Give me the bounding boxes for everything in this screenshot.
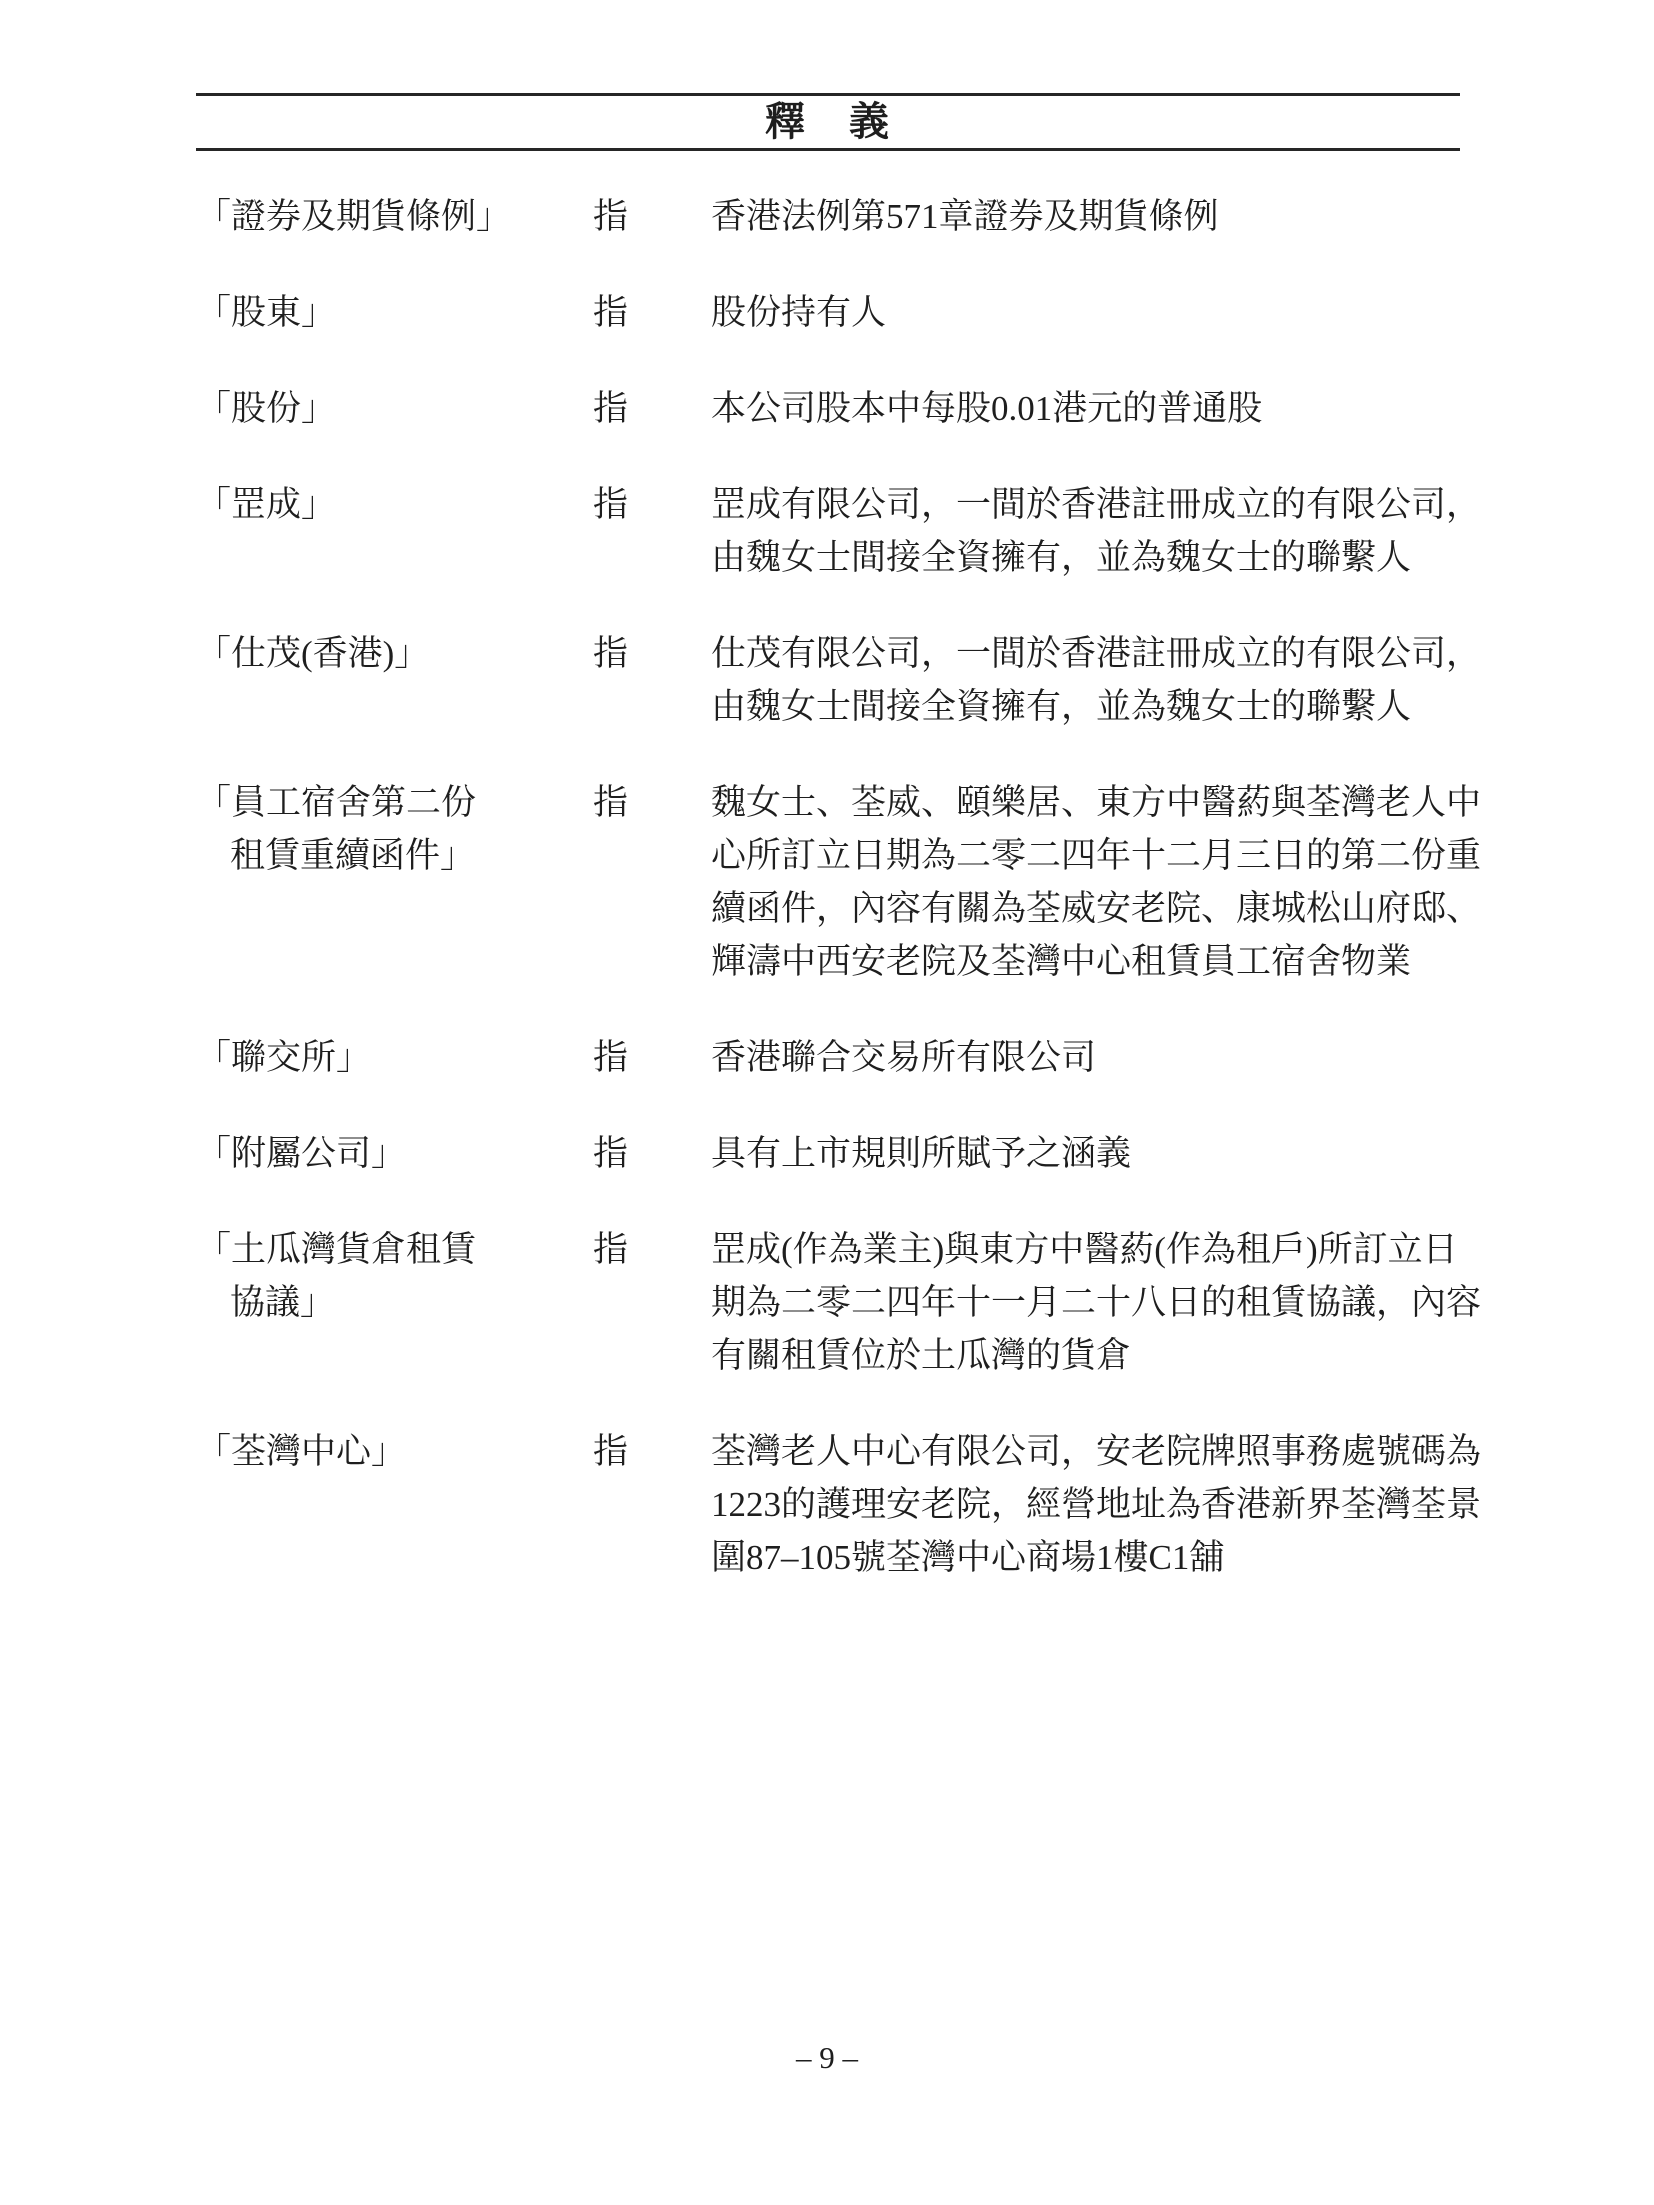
- definition-line: 罡成有限公司，一間於香港註冊成立的有限公司，: [711, 478, 1460, 531]
- definition-line: 有關租賃位於土瓜灣的貨倉: [711, 1329, 1460, 1382]
- definition-pointer: 指: [593, 478, 711, 531]
- definition-line: 香港法例第571章證券及期貨條例: [711, 190, 1460, 243]
- definition-pointer: 指: [593, 1127, 711, 1180]
- definition-entry: 「員工宿舍第二份租賃重續函件」 指 魏女士、荃威、頤樂居、東方中醫葯與荃灣老人中…: [196, 776, 1460, 988]
- definition-line: 由魏女士間接全資擁有，並為魏女士的聯繫人: [711, 680, 1460, 733]
- definition-text: 具有上市規則所賦予之涵義: [711, 1127, 1460, 1180]
- definition-pointer: 指: [593, 627, 711, 680]
- definition-text: 罡成(作為業主)與東方中醫葯(作為租戶)所訂立日期為二零二四年十一月二十八日的租…: [711, 1223, 1460, 1382]
- definition-entry: 「股東」 指 股份持有人: [196, 286, 1460, 339]
- definition-pointer: 指: [593, 1223, 711, 1276]
- definition-term: 「股東」: [196, 286, 593, 339]
- definition-term: 「員工宿舍第二份租賃重續函件」: [196, 776, 593, 882]
- page-title: 釋 義: [765, 102, 891, 142]
- definition-line: 本公司股本中每股0.01港元的普通股: [711, 382, 1460, 435]
- definition-text: 魏女士、荃威、頤樂居、東方中醫葯與荃灣老人中心所訂立日期為二零二四年十二月三日的…: [711, 776, 1460, 988]
- definition-term: 「證券及期貨條例」: [196, 190, 593, 243]
- definition-line: 荃灣老人中心有限公司，安老院牌照事務處號碼為: [711, 1425, 1460, 1478]
- definition-line: 具有上市規則所賦予之涵義: [711, 1127, 1460, 1180]
- definition-text: 香港法例第571章證券及期貨條例: [711, 190, 1460, 243]
- term-line: 「荃灣中心」: [196, 1425, 593, 1478]
- term-line: 「土瓜灣貨倉租賃: [196, 1223, 593, 1276]
- page-number: – 9 –: [796, 2040, 858, 2075]
- definition-line: 罡成(作為業主)與東方中醫葯(作為租戶)所訂立日: [711, 1223, 1460, 1276]
- definitions-list: 「證券及期貨條例」 指 香港法例第571章證券及期貨條例 「股東」 指 股份持有…: [196, 190, 1460, 1627]
- definition-line: 圍87–105號荃灣中心商場1樓C1舖: [711, 1531, 1460, 1584]
- definition-text: 香港聯合交易所有限公司: [711, 1031, 1460, 1084]
- definition-entry: 「荃灣中心」 指 荃灣老人中心有限公司，安老院牌照事務處號碼為1223的護理安老…: [196, 1425, 1460, 1584]
- term-line: 「仕茂(香港)」: [196, 627, 593, 680]
- term-line: 「員工宿舍第二份: [196, 776, 593, 829]
- definition-line: 香港聯合交易所有限公司: [711, 1031, 1460, 1084]
- definition-entry: 「罡成」 指 罡成有限公司，一間於香港註冊成立的有限公司，由魏女士間接全資擁有，…: [196, 478, 1460, 584]
- term-line: 「聯交所」: [196, 1031, 593, 1084]
- definition-entry: 「聯交所」 指 香港聯合交易所有限公司: [196, 1031, 1460, 1084]
- definition-line: 心所訂立日期為二零二四年十二月三日的第二份重: [711, 829, 1460, 882]
- definition-pointer: 指: [593, 1425, 711, 1478]
- definition-text: 荃灣老人中心有限公司，安老院牌照事務處號碼為1223的護理安老院，經營地址為香港…: [711, 1425, 1460, 1584]
- term-line: 協議」: [196, 1276, 593, 1329]
- definition-entry: 「附屬公司」 指 具有上市規則所賦予之涵義: [196, 1127, 1460, 1180]
- definition-line: 期為二零二四年十一月二十八日的租賃協議，內容: [711, 1276, 1460, 1329]
- definition-line: 續函件，內容有關為荃威安老院、康城松山府邸、: [711, 882, 1460, 935]
- term-line: 「罡成」: [196, 478, 593, 531]
- definition-term: 「仕茂(香港)」: [196, 627, 593, 680]
- definition-line: 股份持有人: [711, 286, 1460, 339]
- definition-entry: 「仕茂(香港)」 指 仕茂有限公司，一間於香港註冊成立的有限公司，由魏女士間接全…: [196, 627, 1460, 733]
- definition-pointer: 指: [593, 776, 711, 829]
- definition-line: 輝濤中西安老院及荃灣中心租賃員工宿舍物業: [711, 935, 1460, 988]
- definition-text: 股份持有人: [711, 286, 1460, 339]
- term-line: 「附屬公司」: [196, 1127, 593, 1180]
- definition-entry: 「股份」 指 本公司股本中每股0.01港元的普通股: [196, 382, 1460, 435]
- page-footer: – 9 –: [0, 2038, 1654, 2078]
- term-line: 租賃重續函件」: [196, 829, 593, 882]
- term-line: 「證券及期貨條例」: [196, 190, 593, 243]
- definition-pointer: 指: [593, 1031, 711, 1084]
- definition-pointer: 指: [593, 286, 711, 339]
- definition-text: 罡成有限公司，一間於香港註冊成立的有限公司，由魏女士間接全資擁有，並為魏女士的聯…: [711, 478, 1460, 584]
- definition-term: 「聯交所」: [196, 1031, 593, 1084]
- definition-pointer: 指: [593, 382, 711, 435]
- document-page: 釋 義 「證券及期貨條例」 指 香港法例第571章證券及期貨條例 「股東」 指 …: [0, 0, 1654, 2205]
- definition-text: 仕茂有限公司，一間於香港註冊成立的有限公司，由魏女士間接全資擁有，並為魏女士的聯…: [711, 627, 1460, 733]
- term-line: 「股份」: [196, 382, 593, 435]
- definition-term: 「罡成」: [196, 478, 593, 531]
- page-header: 釋 義: [196, 93, 1460, 151]
- definition-line: 魏女士、荃威、頤樂居、東方中醫葯與荃灣老人中: [711, 776, 1460, 829]
- definition-pointer: 指: [593, 190, 711, 243]
- definition-term: 「附屬公司」: [196, 1127, 593, 1180]
- definition-entry: 「證券及期貨條例」 指 香港法例第571章證券及期貨條例: [196, 190, 1460, 243]
- definition-text: 本公司股本中每股0.01港元的普通股: [711, 382, 1460, 435]
- definition-line: 由魏女士間接全資擁有，並為魏女士的聯繫人: [711, 531, 1460, 584]
- definition-entry: 「土瓜灣貨倉租賃協議」 指 罡成(作為業主)與東方中醫葯(作為租戶)所訂立日期為…: [196, 1223, 1460, 1382]
- definition-term: 「土瓜灣貨倉租賃協議」: [196, 1223, 593, 1329]
- definition-line: 1223的護理安老院，經營地址為香港新界荃灣荃景: [711, 1478, 1460, 1531]
- definition-term: 「股份」: [196, 382, 593, 435]
- definition-line: 仕茂有限公司，一間於香港註冊成立的有限公司，: [711, 627, 1460, 680]
- definition-term: 「荃灣中心」: [196, 1425, 593, 1478]
- term-line: 「股東」: [196, 286, 593, 339]
